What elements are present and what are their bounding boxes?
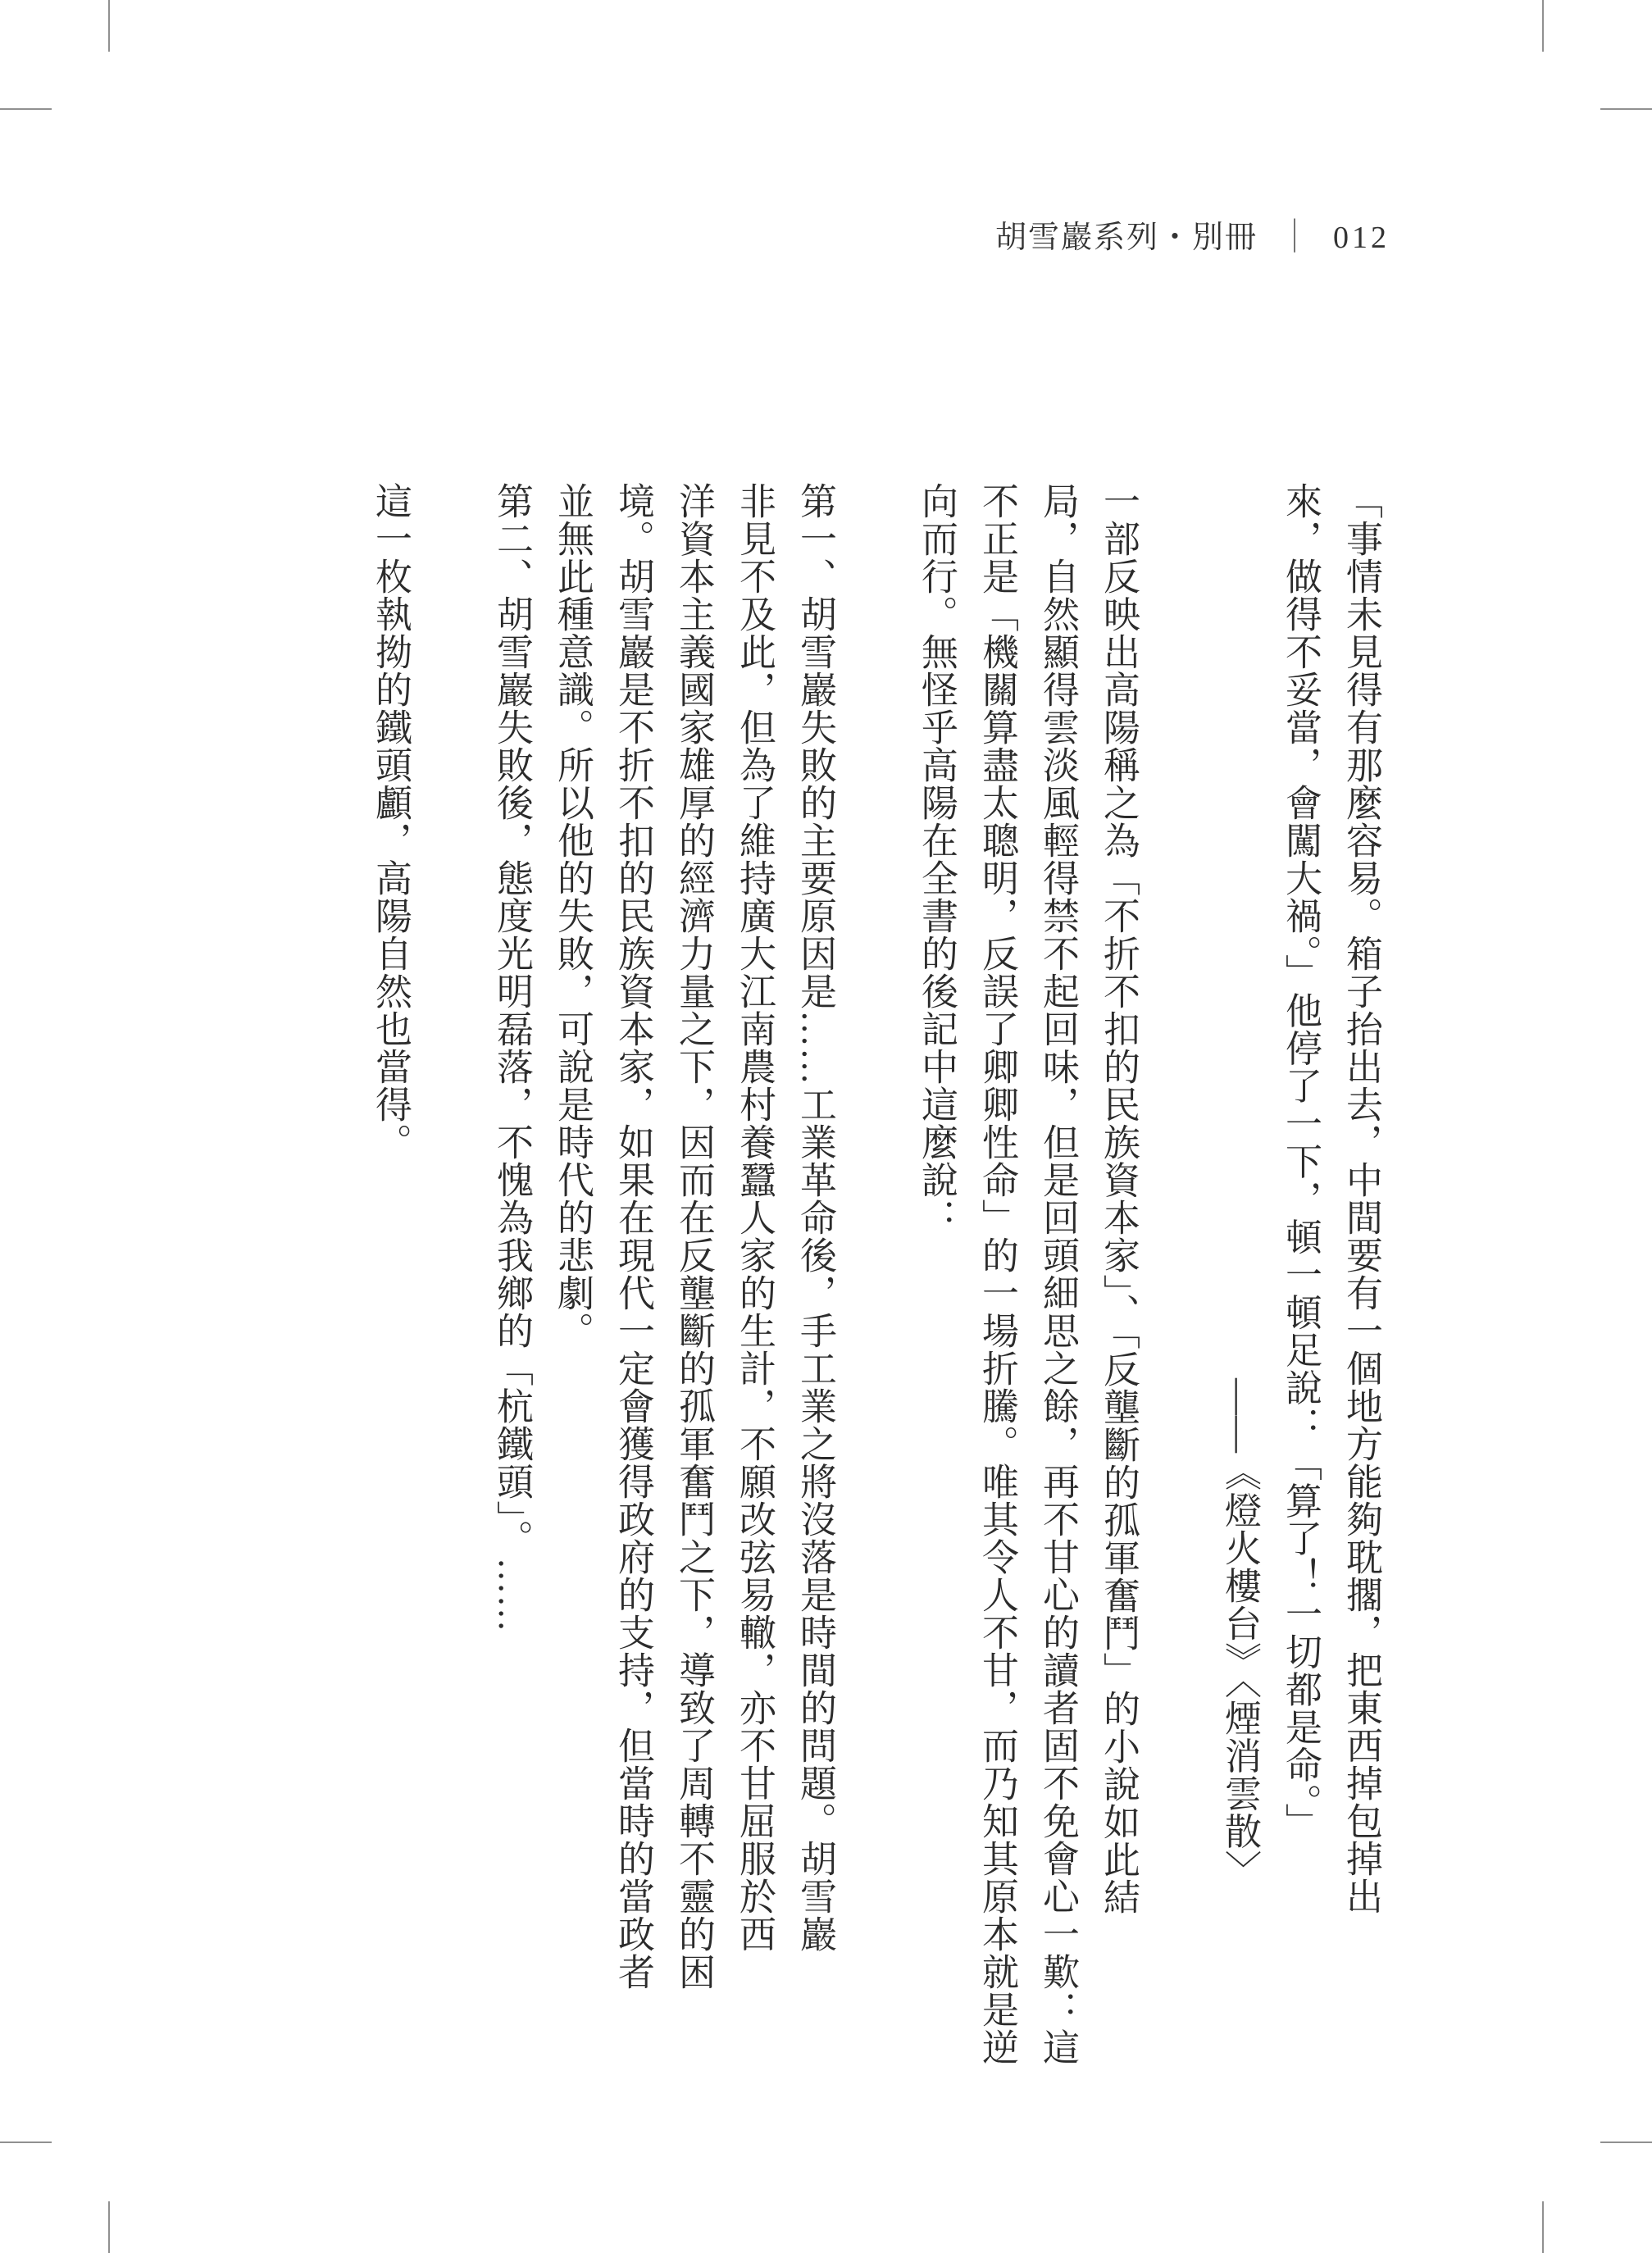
crop-mark-top-right-vertical: [1542, 0, 1544, 52]
text-column: 非見不及此，但為了維持廣大江南農村養蠶人家的生計，不願改弦易轍，亦不甘屈服於西: [724, 482, 785, 2179]
paragraph-commentary: 一部反映出高陽稱之為「不折不扣的民族資本家」、「反壟斷的孤軍奮鬥」的小說如此結 …: [906, 482, 1149, 2179]
paragraph-closing: 這一枚執拗的鐵頭顱，高陽自然也當得。: [360, 482, 421, 2179]
text-column: 這一枚執拗的鐵頭顱，高陽自然也當得。: [360, 482, 421, 2179]
header-separator: ｜: [1279, 216, 1312, 260]
paragraph-afterword-point-1: 第一、胡雪巖失敗的主要原因是……工業革命後，手工業之將沒落是時間的問題。胡雪巖 …: [542, 482, 845, 2179]
crop-mark-bottom-right-vertical: [1542, 2201, 1544, 2253]
text-column: 第二、胡雪巖失敗後，態度光明磊落，不愧為我鄉的「杭鐵頭」。……: [481, 482, 542, 2179]
page-number: 012: [1333, 221, 1390, 255]
text-column: 來，做得不妥當，會闖大禍。」他停了一下，頓一頓足說：「算了！一切都是命。」: [1270, 482, 1331, 2179]
text-column: 局，自然顯得雲淡風輕得禁不起回味，但是回頭細思之餘，再不甘心的讀者固不免會心一歎…: [1027, 482, 1088, 2179]
crop-mark-top-left-vertical: [108, 0, 110, 52]
paragraph-attribution: ——《燈火樓台》〈煙消雲散〉: [1209, 482, 1270, 2179]
crop-mark-top-left-horizontal: [0, 108, 52, 110]
crop-mark-top-right-horizontal: [1600, 108, 1652, 110]
text-column: 一部反映出高陽稱之為「不折不扣的民族資本家」、「反壟斷的孤軍奮鬥」的小說如此結: [1088, 482, 1149, 2179]
crop-mark-bottom-left-vertical: [108, 2201, 110, 2253]
crop-mark-bottom-right-horizontal: [1600, 2141, 1652, 2143]
body-text: 「事情未見得有那麼容易。箱子抬出去，中間要有一個地方能夠耽擱，把東西掉包掉出 來…: [360, 482, 1391, 2179]
paragraph-afterword-point-2: 第二、胡雪巖失敗後，態度光明磊落，不愧為我鄉的「杭鐵頭」。……: [481, 482, 542, 2179]
paragraph-quote-excerpt: 「事情未見得有那麼容易。箱子抬出去，中間要有一個地方能夠耽擱，把東西掉包掉出 來…: [1270, 482, 1391, 2179]
text-column: 境。胡雪巖是不折不扣的民族資本家，如果在現代一定會獲得政府的支持，但當時的當政者: [603, 482, 663, 2179]
text-column: 向而行。無怪乎高陽在全書的後記中這麼說：: [906, 482, 967, 2179]
series-title: 胡雪巖系列・別冊: [995, 221, 1258, 255]
text-column: ——《燈火樓台》〈煙消雲散〉: [1209, 482, 1270, 2179]
text-column: 洋資本主義國家雄厚的經濟力量之下，因而在反壟斷的孤軍奮鬥之下，導致了周轉不靈的困: [663, 482, 724, 2179]
text-column: 並無此種意識。所以他的失敗，可說是時代的悲劇。: [542, 482, 603, 2179]
crop-mark-bottom-left-horizontal: [0, 2141, 52, 2143]
text-column: 不正是「機關算盡太聰明，反誤了卿卿性命」的一場折騰。唯其令人不甘，而乃知其原本就…: [967, 482, 1027, 2179]
text-column: 第一、胡雪巖失敗的主要原因是……工業革命後，手工業之將沒落是時間的問題。胡雪巖: [785, 482, 845, 2179]
running-head: 胡雪巖系列・別冊｜012: [995, 218, 1390, 257]
text-column: 「事情未見得有那麼容易。箱子抬出去，中間要有一個地方能夠耽擱，把東西掉包掉出: [1331, 482, 1391, 2179]
book-page: 胡雪巖系列・別冊｜012 「事情未見得有那麼容易。箱子抬出去，中間要有一個地方能…: [0, 0, 1652, 2253]
